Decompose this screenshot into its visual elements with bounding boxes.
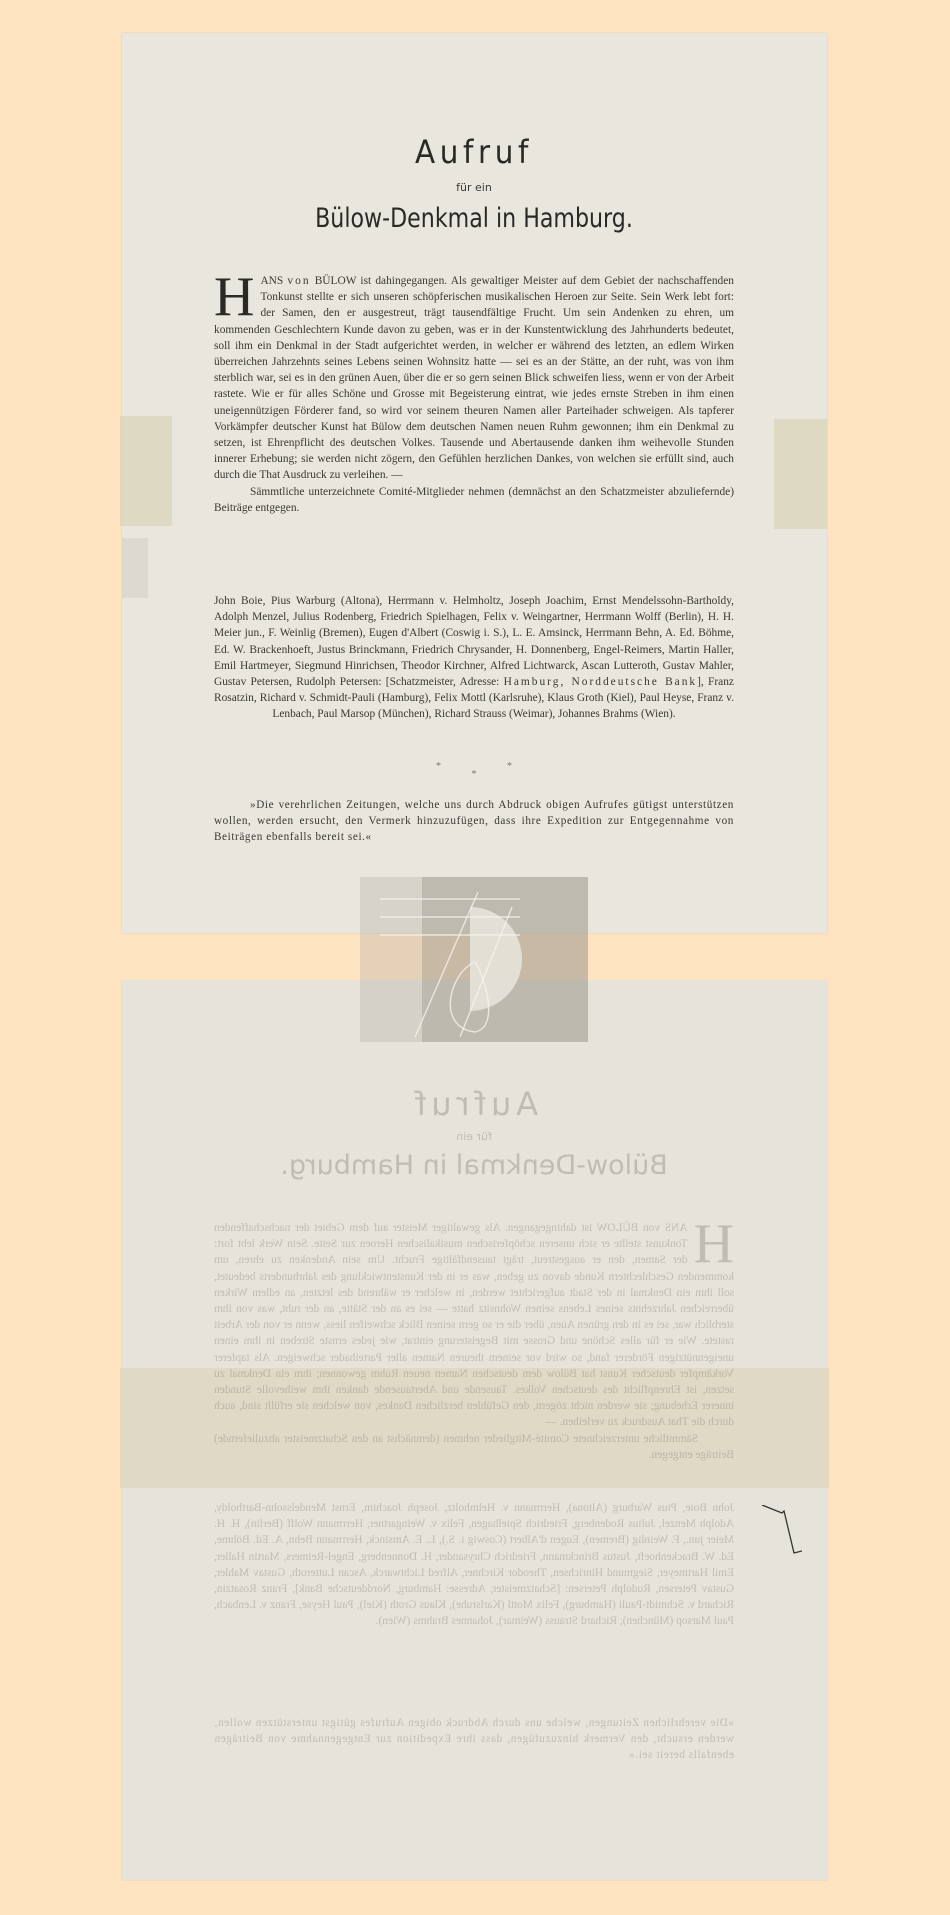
lead-name: BÜLOW	[315, 275, 357, 287]
document-title: Aufruf	[235, 133, 713, 171]
paragraph-1: ist dahingegangen. Als gewaltiger Meiste…	[214, 275, 734, 481]
newspaper-notice: »Die verehrlichen Zeitungen, welche uns …	[214, 797, 734, 845]
document-subtitle: für ein	[214, 181, 734, 194]
mirrored-notice: »Die verehrlichen Zeitungen, welche uns …	[214, 1715, 734, 1763]
names-part-1: John Boie, Pius Warburg (Altona), Herrma…	[214, 595, 734, 688]
mirrored-names: John Boie, Pius Warburg (Altona), Herrma…	[214, 1500, 734, 1630]
asterisk: *	[507, 761, 512, 772]
document-front-page: Aufruf für ein Bülow-Denkmal in Hamburg.…	[122, 33, 827, 933]
appeal-body: HANS von BÜLOW ist dahingegangen. Als ge…	[214, 273, 734, 516]
lead-caps: ANS	[260, 275, 283, 287]
document-back-page: Aufruf für ein Bülow-Denkmal in Hamburg.…	[122, 980, 827, 1880]
mirrored-address: Hamburg, Norddeutsche Bank	[299, 1583, 442, 1595]
asterisk: *	[472, 769, 477, 780]
mirrored-lead-name: BÜLOW	[597, 1222, 639, 1234]
committee-members-list: John Boie, Pius Warburg (Altona), Herrma…	[214, 593, 734, 723]
mirrored-headline: Bülow-Denkmal in Hamburg.	[214, 1150, 734, 1181]
mirrored-paragraph-1: ist dahingegangen. Als gewaltiger Meiste…	[214, 1222, 734, 1428]
mirrored-subtitle: für ein	[214, 1130, 734, 1143]
mirrored-names-1: John Boie, Pius Warburg (Altona), Herrma…	[214, 1502, 734, 1595]
mirrored-lead: ANS	[665, 1222, 688, 1234]
mirrored-drop-cap: H	[694, 1222, 734, 1266]
treasurer-address: Hamburg, Norddeutsche Bank	[504, 676, 698, 688]
tape-strip-right	[774, 419, 827, 529]
mirrored-lead-von: von	[643, 1222, 660, 1234]
lead-von: von	[287, 275, 310, 287]
asterism-divider: * * *	[214, 761, 734, 772]
paper-tear	[762, 1505, 802, 1565]
signature-icon	[360, 877, 588, 1042]
mirrored-body: HANS von BÜLOW ist dahingegangen. Als ge…	[214, 1220, 734, 1463]
asterisk: *	[436, 761, 441, 772]
tape-strip-left	[120, 416, 172, 526]
torn-corner	[122, 538, 148, 598]
watermark-logo	[360, 877, 588, 1042]
drop-cap: H	[214, 275, 254, 319]
mirrored-paragraph-2: Sämmtliche unterzeichnete Comité-Mitglie…	[214, 1431, 734, 1463]
paragraph-2: Sämmtliche unterzeichnete Comité-Mitglie…	[214, 484, 734, 516]
mirrored-title: Aufruf	[214, 1085, 734, 1123]
document-headline: Bülow-Denkmal in Hamburg.	[261, 203, 687, 234]
